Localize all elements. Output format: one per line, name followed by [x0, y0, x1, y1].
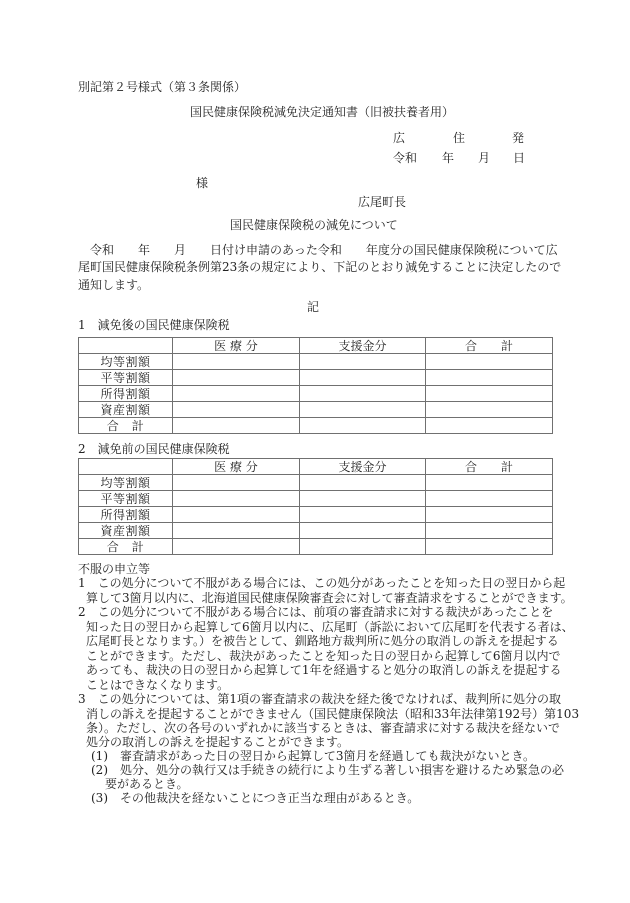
value-cell: [300, 507, 426, 523]
body-line: 尾町国民健康保険税条例第23条の規定により、下記のとおり減免することに決定したの…: [78, 259, 561, 275]
value-cell: [426, 523, 553, 539]
row-label: 所得割額: [79, 386, 173, 402]
row-label: 合 計: [79, 539, 173, 555]
value-cell: [300, 491, 426, 507]
issuer: 広尾町長: [358, 194, 406, 210]
value-cell: [300, 475, 426, 491]
date-year: 年: [442, 150, 454, 166]
table-header-row: 医 療 分 支援金分 合 計: [79, 459, 553, 475]
appeal-item-3: 3 この処分については、第1項の審査請求の裁決を経た後でなければ、裁判所に処分の…: [78, 691, 561, 707]
value-cell: [173, 354, 300, 370]
table-row: 平等割額: [79, 370, 553, 386]
header-cell: [79, 338, 173, 354]
table-row: 所得割額: [79, 507, 553, 523]
value-cell: [173, 386, 300, 402]
table-row: 均等割額: [79, 354, 553, 370]
value-cell: [426, 402, 553, 418]
table-header-row: 医 療 分 支援金分 合 計: [79, 338, 553, 354]
table-row-total: 合 計: [79, 539, 553, 555]
header-cell-total: 合 計: [426, 338, 553, 354]
form-label: 別記第２号様式（第３条関係）: [78, 79, 246, 95]
section-heading-before: 2 減免前の国民健康保険税: [78, 441, 230, 457]
header-cell-medical: 医 療 分: [173, 459, 300, 475]
addressee-suffix: 様: [196, 175, 208, 191]
row-label: 合 計: [79, 418, 173, 434]
reference-middle: 住: [453, 130, 465, 146]
value-cell: [300, 386, 426, 402]
section-heading-after: 1 減免後の国民健康保険税: [78, 317, 230, 333]
value-cell: [426, 418, 553, 434]
value-cell: [300, 402, 426, 418]
table-row: 所得割額: [79, 386, 553, 402]
body-line: 令和 年 月 日付け申請のあった令和 年度分の国民健康保険税について広: [78, 242, 558, 258]
appeal-line: あっても、裁決の日の翌日から起算して1年を経過すると処分の取消しの訴えを提起する: [86, 662, 562, 678]
table-row: 平等割額: [79, 491, 553, 507]
tax-table-after: 医 療 分 支援金分 合 計 均等割額 平等割額 所得割額 資産割額 合 計: [78, 337, 553, 434]
header-cell-support: 支援金分: [300, 338, 426, 354]
value-cell: [426, 386, 553, 402]
tax-table-before: 医 療 分 支援金分 合 計 均等割額 平等割額 所得割額 資産割額 合 計: [78, 458, 553, 555]
appeal-line: 広尾町長となります。）を被告として、釧路地方裁判所に処分の取消しの訴えを提起する: [86, 633, 559, 649]
value-cell: [173, 475, 300, 491]
value-cell: [300, 418, 426, 434]
value-cell: [173, 491, 300, 507]
header-cell-total: 合 計: [426, 459, 553, 475]
date-month: 月: [478, 150, 490, 166]
date-day: 日: [513, 150, 525, 166]
value-cell: [426, 507, 553, 523]
value-cell: [300, 539, 426, 555]
value-cell: [426, 539, 553, 555]
header-cell-support: 支援金分: [300, 459, 426, 475]
table-row: 資産割額: [79, 402, 553, 418]
document-title: 国民健康保険税減免決定通知書（旧被扶養者用）: [190, 104, 454, 120]
value-cell: [300, 523, 426, 539]
header-cell-medical: 医 療 分: [173, 338, 300, 354]
row-label: 所得割額: [79, 507, 173, 523]
ki-marker: 記: [307, 299, 319, 315]
value-cell: [300, 370, 426, 386]
value-cell: [426, 491, 553, 507]
reference-prefix: 広: [393, 130, 405, 146]
value-cell: [173, 523, 300, 539]
appeal-item-2: 2 この処分について不服がある場合には、前項の審査請求に対する裁決があったことを: [78, 604, 553, 620]
body-line: 通知します。: [78, 277, 149, 293]
header-cell: [79, 459, 173, 475]
value-cell: [173, 402, 300, 418]
row-label: 資産割額: [79, 523, 173, 539]
row-label: 均等割額: [79, 475, 173, 491]
date-era: 令和: [393, 150, 417, 166]
subject-line: 国民健康保険税の減免について: [230, 217, 398, 233]
value-cell: [426, 475, 553, 491]
value-cell: [173, 539, 300, 555]
value-cell: [300, 354, 426, 370]
value-cell: [173, 370, 300, 386]
row-label: 資産割額: [79, 402, 173, 418]
value-cell: [173, 507, 300, 523]
value-cell: [426, 354, 553, 370]
appeal-subitem-3: (3) その他裁決を経ないことにつき正当な理由があるとき。: [91, 790, 419, 806]
value-cell: [426, 370, 553, 386]
appeal-item-1: 1 この処分について不服がある場合には、この処分があったことを知った日の翌日から…: [78, 575, 565, 591]
reference-suffix: 発: [512, 130, 524, 146]
row-label: 平等割額: [79, 491, 173, 507]
table-row-total: 合 計: [79, 418, 553, 434]
table-row: 均等割額: [79, 475, 553, 491]
value-cell: [173, 418, 300, 434]
row-label: 平等割額: [79, 370, 173, 386]
table-row: 資産割額: [79, 523, 553, 539]
row-label: 均等割額: [79, 354, 173, 370]
